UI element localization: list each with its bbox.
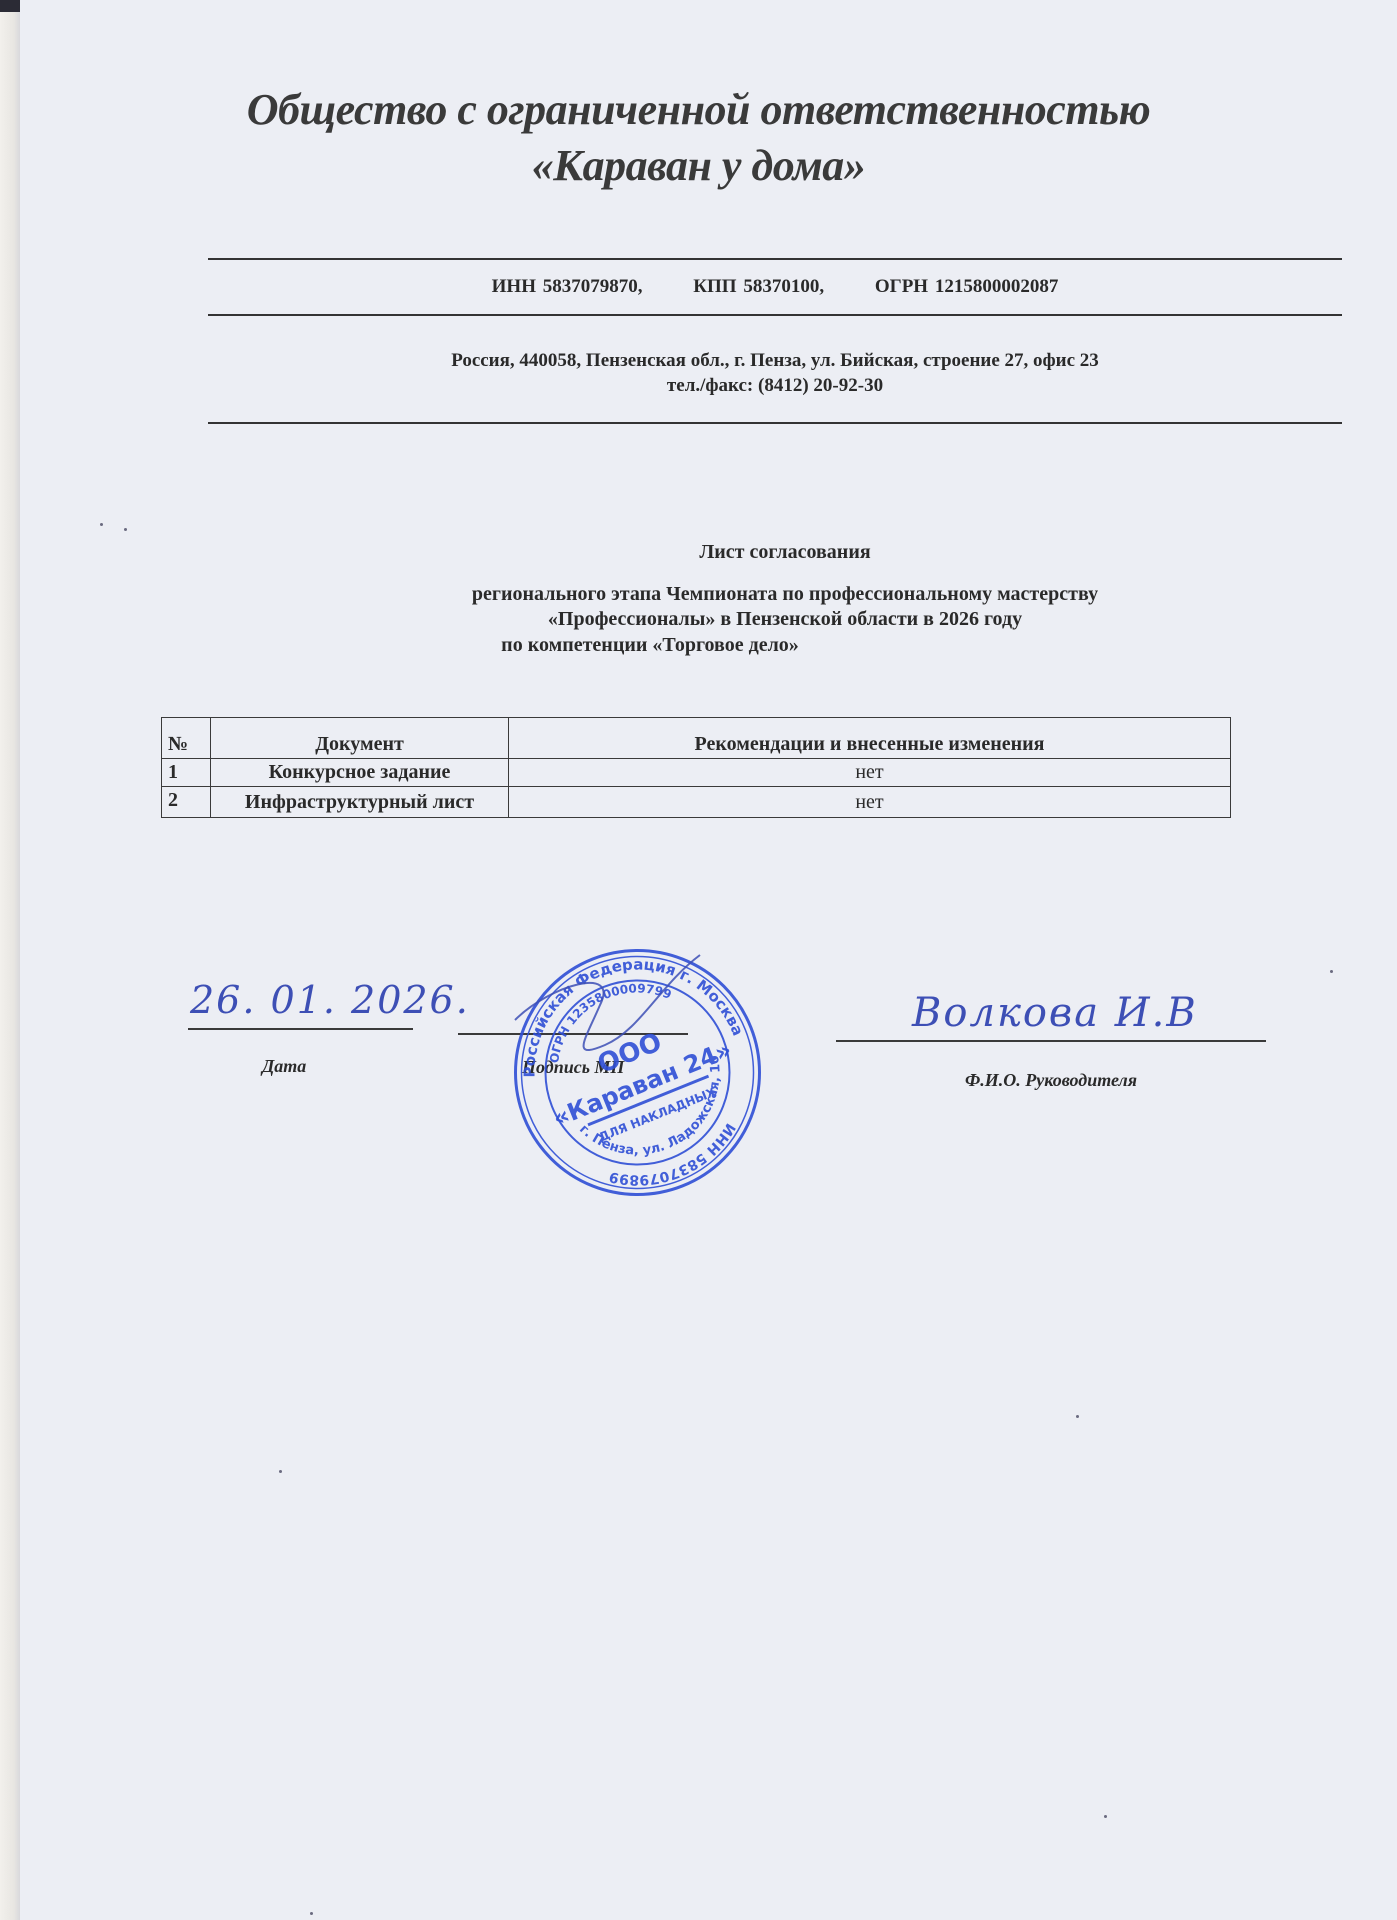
- row-number: 2: [162, 787, 211, 818]
- document-subtitle-1: регионального этапа Чемпионата по профес…: [320, 583, 1250, 606]
- table-row: 1 Конкурсное задание нет: [162, 759, 1231, 787]
- header-recommendations: Рекомендации и внесенные изменения: [509, 718, 1231, 759]
- name-label: Ф.И.О. Руководителя: [965, 1070, 1137, 1091]
- row-document: Инфраструктурный лист: [211, 787, 509, 818]
- table-row: 2 Инфраструктурный лист нет: [162, 787, 1231, 818]
- row-document: Конкурсное задание: [211, 759, 509, 787]
- document-title: Лист согласования: [320, 541, 1250, 564]
- document-subtitle-2: «Профессионалы» в Пензенской области в 2…: [320, 608, 1250, 631]
- document-subtitle-3: по компетенции «Торговое дело»: [300, 634, 1000, 657]
- scan-speck: [310, 1912, 313, 1915]
- scan-left-edge: [0, 0, 20, 1920]
- row-recommendation: нет: [509, 787, 1231, 818]
- approval-table: № Документ Рекомендации и внесенные изме…: [161, 717, 1231, 818]
- kpp: КПП 58370100,: [693, 276, 824, 298]
- handwritten-name: Волкова И.В: [912, 990, 1198, 1036]
- inn: ИНН 5837079870,: [492, 276, 643, 298]
- scan-speck: [100, 523, 103, 526]
- divider: [208, 422, 1342, 424]
- scan-speck: [1104, 1815, 1107, 1818]
- row-recommendation: нет: [509, 759, 1231, 787]
- scan-speck: [1330, 970, 1333, 973]
- scan-speck: [279, 1470, 282, 1473]
- scan-speck: [1076, 1415, 1079, 1418]
- date-label: Дата: [262, 1056, 306, 1077]
- table-header-row: № Документ Рекомендации и внесенные изме…: [162, 718, 1231, 759]
- handwritten-date: 26. 01. 2026.: [190, 978, 470, 1022]
- row-number: 1: [162, 759, 211, 787]
- company-address: Россия, 440058, Пензенская обл., г. Пенз…: [208, 350, 1342, 372]
- divider: [208, 258, 1342, 260]
- company-phone: тел./факс: (8412) 20-92-30: [208, 375, 1342, 397]
- company-requisites: ИНН 5837079870, КПП 58370100, ОГРН 12158…: [208, 276, 1342, 298]
- ogrn: ОГРН 1215800002087: [875, 276, 1059, 298]
- company-name-line2: «Караван у дома»: [0, 140, 1397, 191]
- header-document: Документ: [211, 718, 509, 759]
- divider: [208, 314, 1342, 316]
- name-line: [836, 1040, 1266, 1042]
- scan-speck: [124, 528, 127, 531]
- header-number: №: [162, 718, 211, 759]
- date-line: [188, 1028, 413, 1030]
- company-stamp: Российская Федерация г. Москва ОГРН 1235…: [510, 945, 765, 1200]
- company-name-line1: Общество с ограниченной ответственностью: [0, 84, 1397, 135]
